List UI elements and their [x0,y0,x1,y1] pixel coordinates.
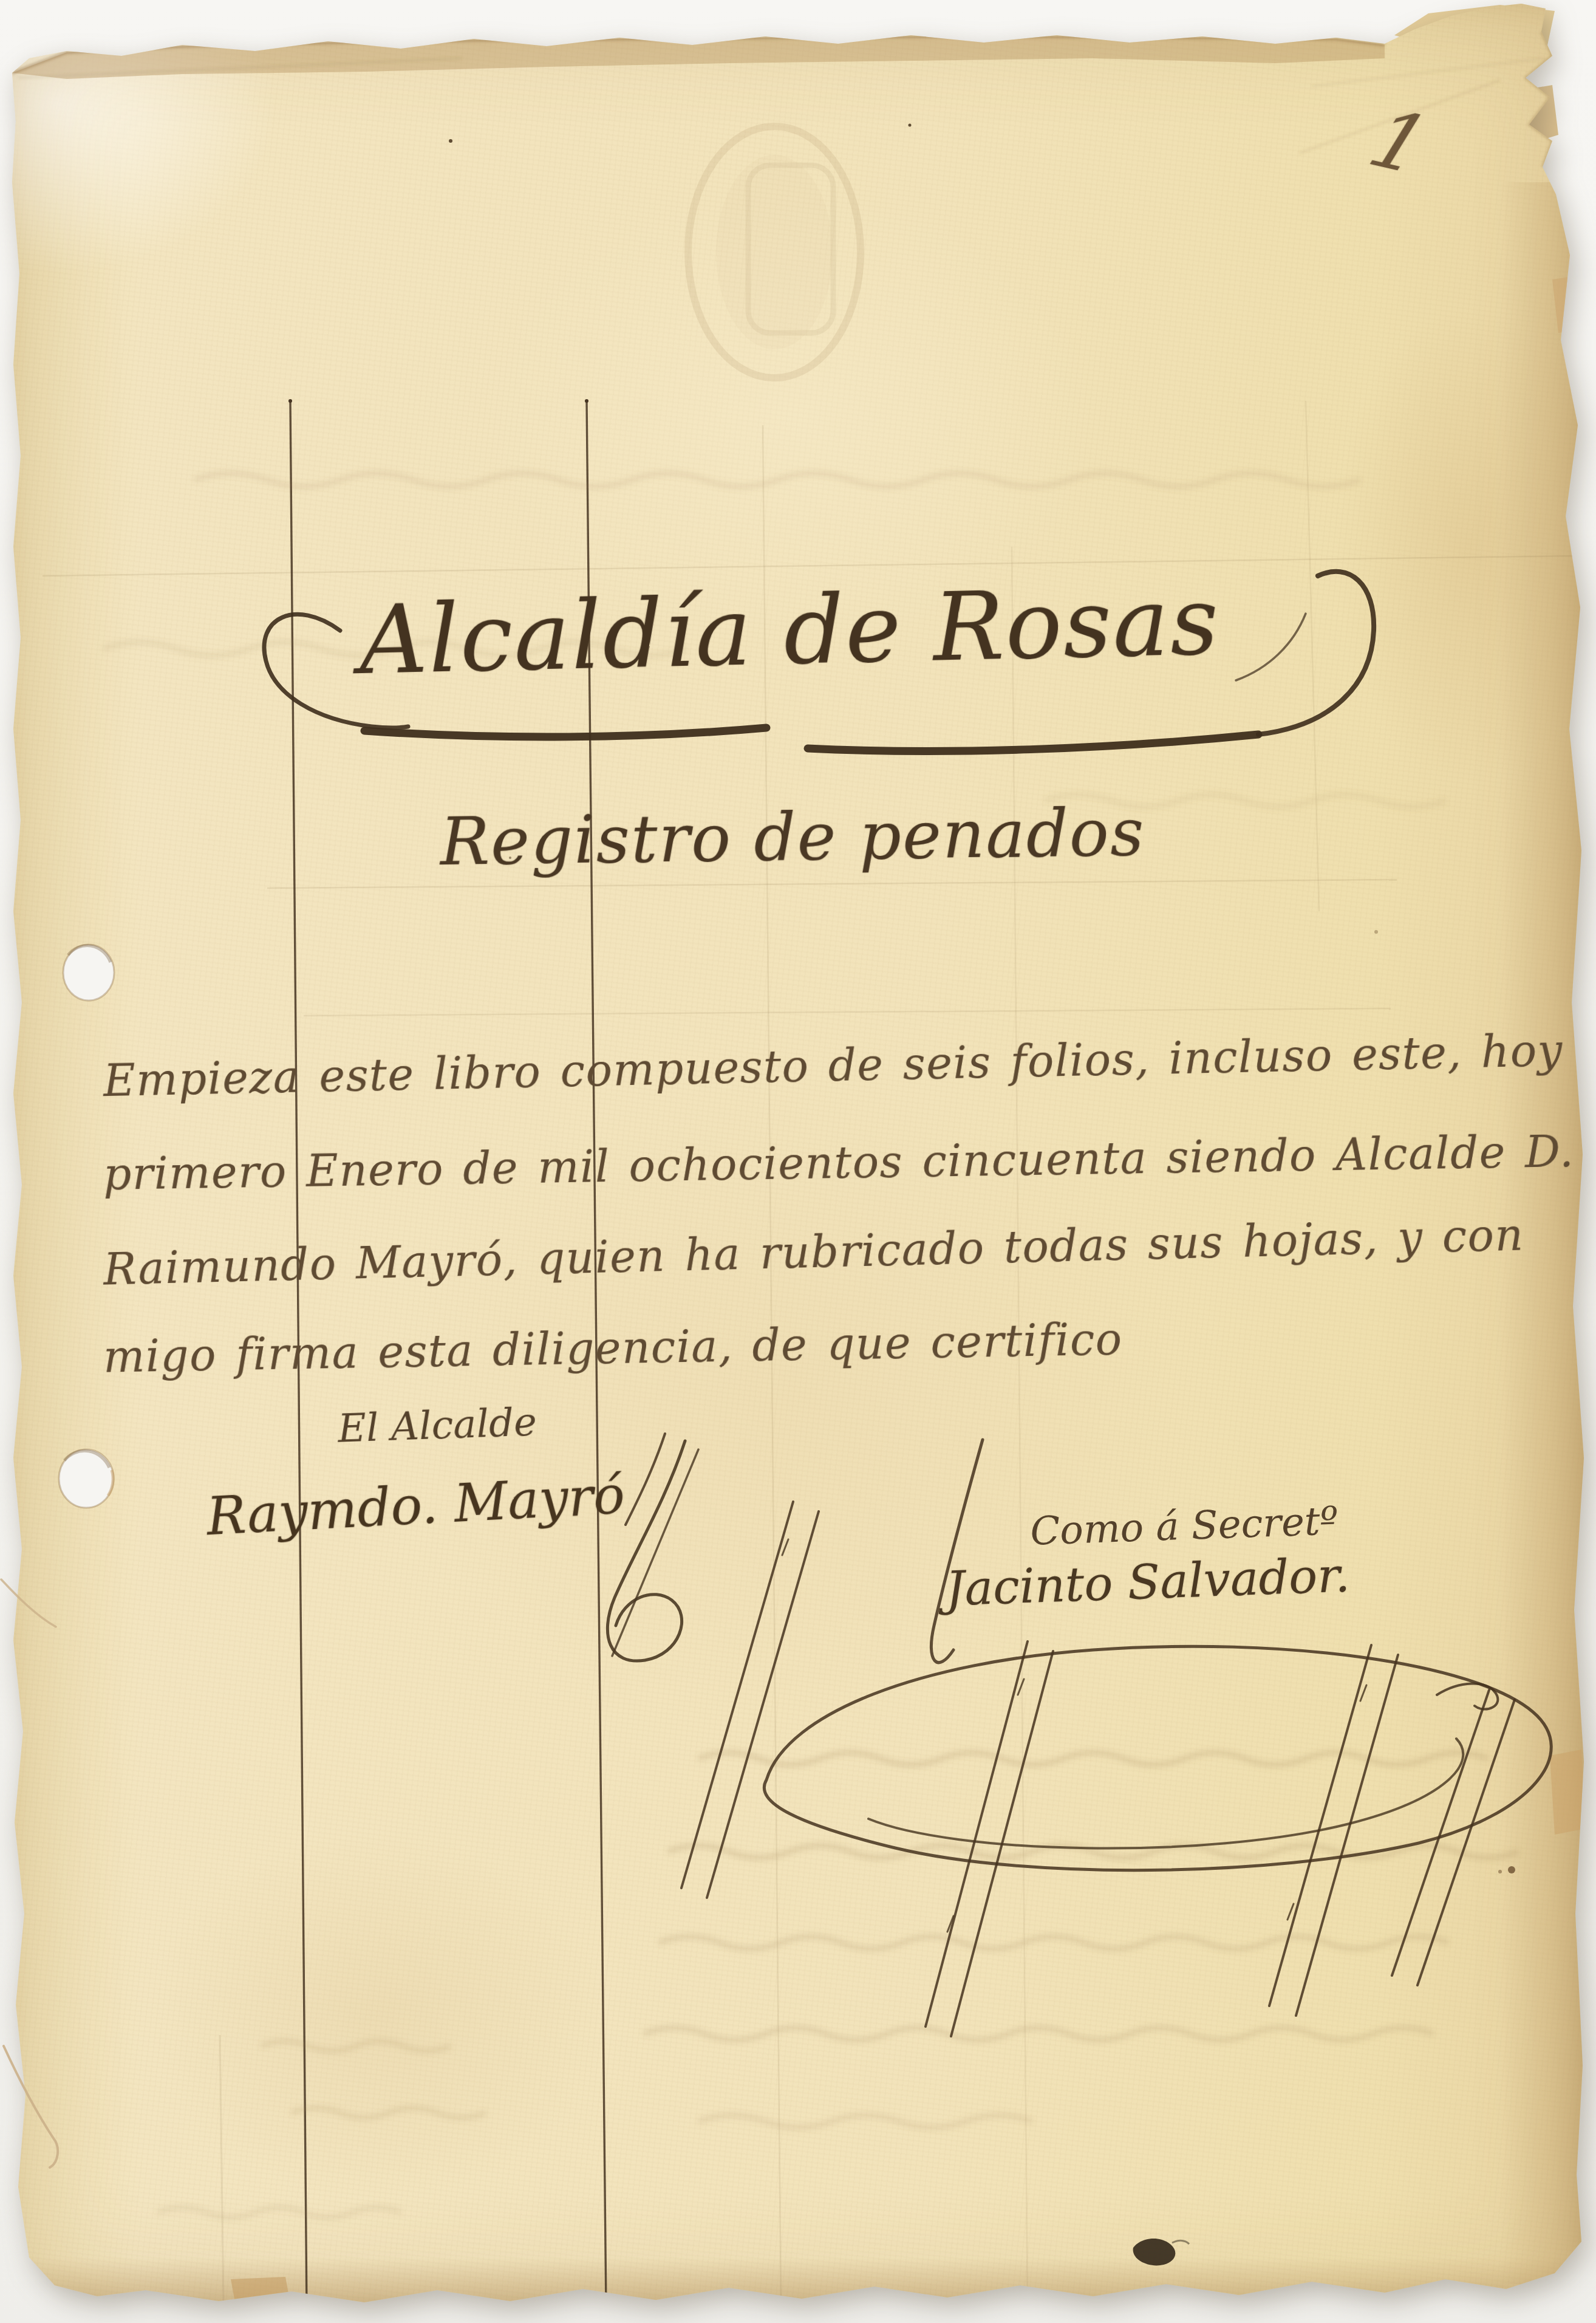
hole-punch-bottom [59,1449,114,1508]
hole-punch-top [63,945,114,1001]
scanned-document-page: 1 Alcaldía de Rosas Registro de penados … [0,0,1596,2323]
holes-and-threads-layer [0,0,1596,2323]
paper-threads [1,1579,58,2167]
